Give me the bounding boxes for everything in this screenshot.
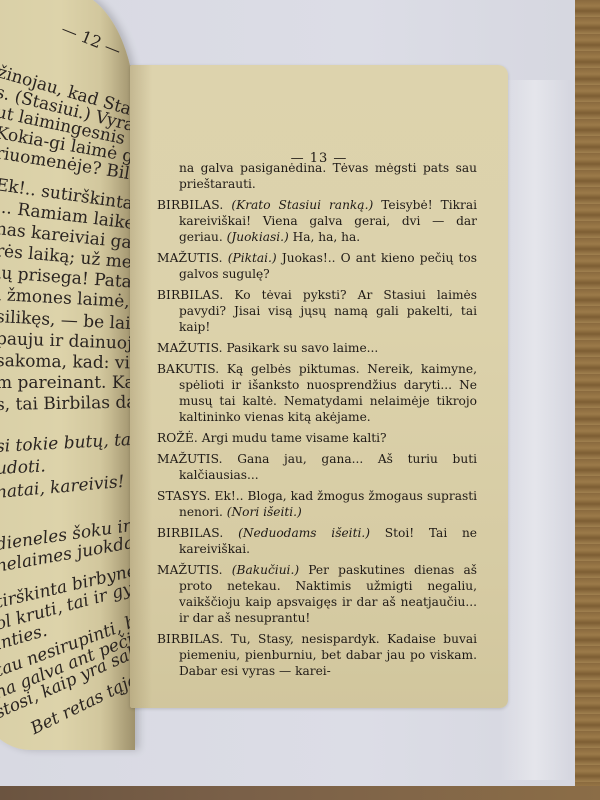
dialogue-entry: BIRBILAS. (Krato Stasiui ranką.) Teisybė…	[157, 197, 477, 245]
speaker-name: BIRBILAS.	[157, 288, 223, 302]
dialogue-entry: BAKUTIS. Ką gelbės piktumas. Nereik, kai…	[157, 361, 477, 425]
dialogue-text: Tu, Stasy, nesispardyk. Kadaise buvai pi…	[179, 632, 477, 678]
plastic-sleeve-sheen	[500, 80, 570, 780]
speaker-name: BAKUTIS.	[157, 362, 219, 376]
dialogue-entry: MAŽUTIS. (Piktai.) Juokas!.. O ant kieno…	[157, 250, 477, 282]
stage-direction: (Bakučiui.)	[232, 563, 299, 577]
continuation-text: na galva pasiganėdina. Tėvas mėgsti pats…	[157, 160, 477, 192]
dialogue-text: Ko tėvai pyksti? Ar Stasiui laimės pavyd…	[179, 288, 477, 334]
left-page: — 12 — žinojau, kad Stasys karei- s. (St…	[0, 0, 135, 750]
speaker-name: STASYS.	[157, 489, 211, 503]
dialogue-text: Ek!.. Bloga, kad žmogus žmogaus suprasti…	[179, 489, 477, 519]
dialogue-text: Gana jau, gana... Aš turiu buti kalčiaus…	[179, 452, 477, 482]
wooden-surface	[575, 0, 600, 800]
stage-direction: (Piktai.)	[228, 251, 277, 265]
dialogue-entry: BIRBILAS. Tu, Stasy, nesispardyk. Kadais…	[157, 631, 477, 679]
left-line: m pareinant. Kada nu	[0, 373, 135, 393]
dialogue-entry: STASYS. Ek!.. Bloga, kad žmogus žmogaus …	[157, 488, 477, 520]
speaker-name: BIRBILAS.	[157, 198, 223, 212]
dialogue-entry: BIRBILAS. (Neduodams išeiti.) Stoi! Tai …	[157, 525, 477, 557]
speaker-name: MAŽUTIS.	[157, 563, 223, 577]
speaker-name: MAŽUTIS.	[157, 251, 223, 265]
speaker-name: BIRBILAS.	[157, 526, 223, 540]
script-text: na galva pasiganėdina. Tėvas mėgsti pats…	[157, 160, 477, 684]
speaker-name: MAŽUTIS.	[157, 341, 223, 355]
left-page-text: žinojau, kad Stasys karei- s. (Stasiui.)…	[0, 0, 135, 750]
speaker-name: BIRBILAS.	[157, 632, 223, 646]
speaker-name: ROŽĖ.	[157, 431, 198, 445]
dialogue-text: Argi mudu tame visame kalti?	[202, 431, 387, 445]
wooden-surface-bottom	[0, 786, 600, 800]
stage-direction: (Neduodams išeiti.)	[238, 526, 370, 540]
stage-direction: (Nori išeiti.)	[227, 505, 302, 519]
dialogue-text: Pasikark su savo laime...	[226, 341, 378, 355]
speaker-name: MAŽUTIS.	[157, 452, 223, 466]
dialogue-text: Per paskutines dienas aš proto netekau. …	[179, 563, 477, 625]
dialogue-text: Ką gelbės piktumas. Nereik, kaimyne, spė…	[179, 362, 477, 424]
dialogue-entry: ROŽĖ. Argi mudu tame visame kalti?	[157, 430, 477, 446]
dialogue-entry: MAŽUTIS. Pasikark su savo laime...	[157, 340, 477, 356]
dialogue-entry: MAŽUTIS. (Bakučiui.) Per paskutines dien…	[157, 562, 477, 626]
left-line: sakoma, kad: vienam l	[0, 351, 135, 375]
dialogue-text: Juokas!.. O ant kieno pečių tos galvos s…	[179, 251, 477, 281]
left-line: si tokie butų, tai užmirš	[0, 426, 135, 457]
dialogue-entry: MAŽUTIS. Gana jau, gana... Aš turiu buti…	[157, 451, 477, 483]
stage-direction: (Juokiasi.)	[227, 230, 289, 244]
dialogue-text: Ha, ha, ha.	[293, 230, 361, 244]
dialogue-entry: BIRBILAS. Ko tėvai pyksti? Ar Stasiui la…	[157, 287, 477, 335]
left-line: udoti.	[0, 456, 46, 479]
left-line: s, tai Birbilas dar la	[0, 392, 135, 415]
stage-direction: (Krato Stasiui ranką.)	[231, 198, 373, 212]
